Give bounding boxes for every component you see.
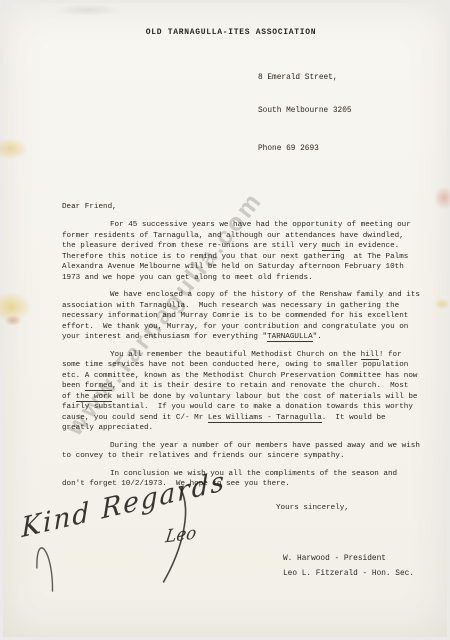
address-line-city: South Melbourne 3205: [258, 106, 420, 117]
address-block: 8 Emerald Street, South Melbourne 3205 P…: [258, 51, 420, 177]
org-title: OLD TARNAGULLA-ITES ASSOCIATION: [42, 28, 420, 37]
scanned-letter: www.Tarnagulla.com OLD TARNAGULLA-ITES A…: [0, 0, 450, 640]
signature-name: Leo: [164, 523, 198, 548]
letter-paragraph: During the year a number of our members …: [62, 441, 420, 462]
signatory-president: W. Harwood - President: [283, 552, 420, 567]
address-line-street: 8 Emerald Street,: [258, 73, 420, 84]
signatory-block: W. Harwood - President Leo L. Fitzerald …: [283, 552, 420, 582]
letter-paragraph: We have enclosed a copy of the history o…: [62, 290, 420, 343]
phone-line: Phone 69 2693: [258, 144, 420, 155]
letter-paragraph: You all remember the beautiful Methodist…: [62, 350, 420, 434]
signatory-secretary: Leo L. Fitzerald - Hon. Sec.: [283, 567, 420, 582]
letter-body: For 45 successive years we have had the …: [62, 220, 420, 490]
closing-line: Yours sincerely,: [276, 504, 420, 512]
salutation: Dear Friend,: [62, 203, 420, 211]
letter-paragraph: For 45 successive years we have had the …: [62, 220, 420, 283]
